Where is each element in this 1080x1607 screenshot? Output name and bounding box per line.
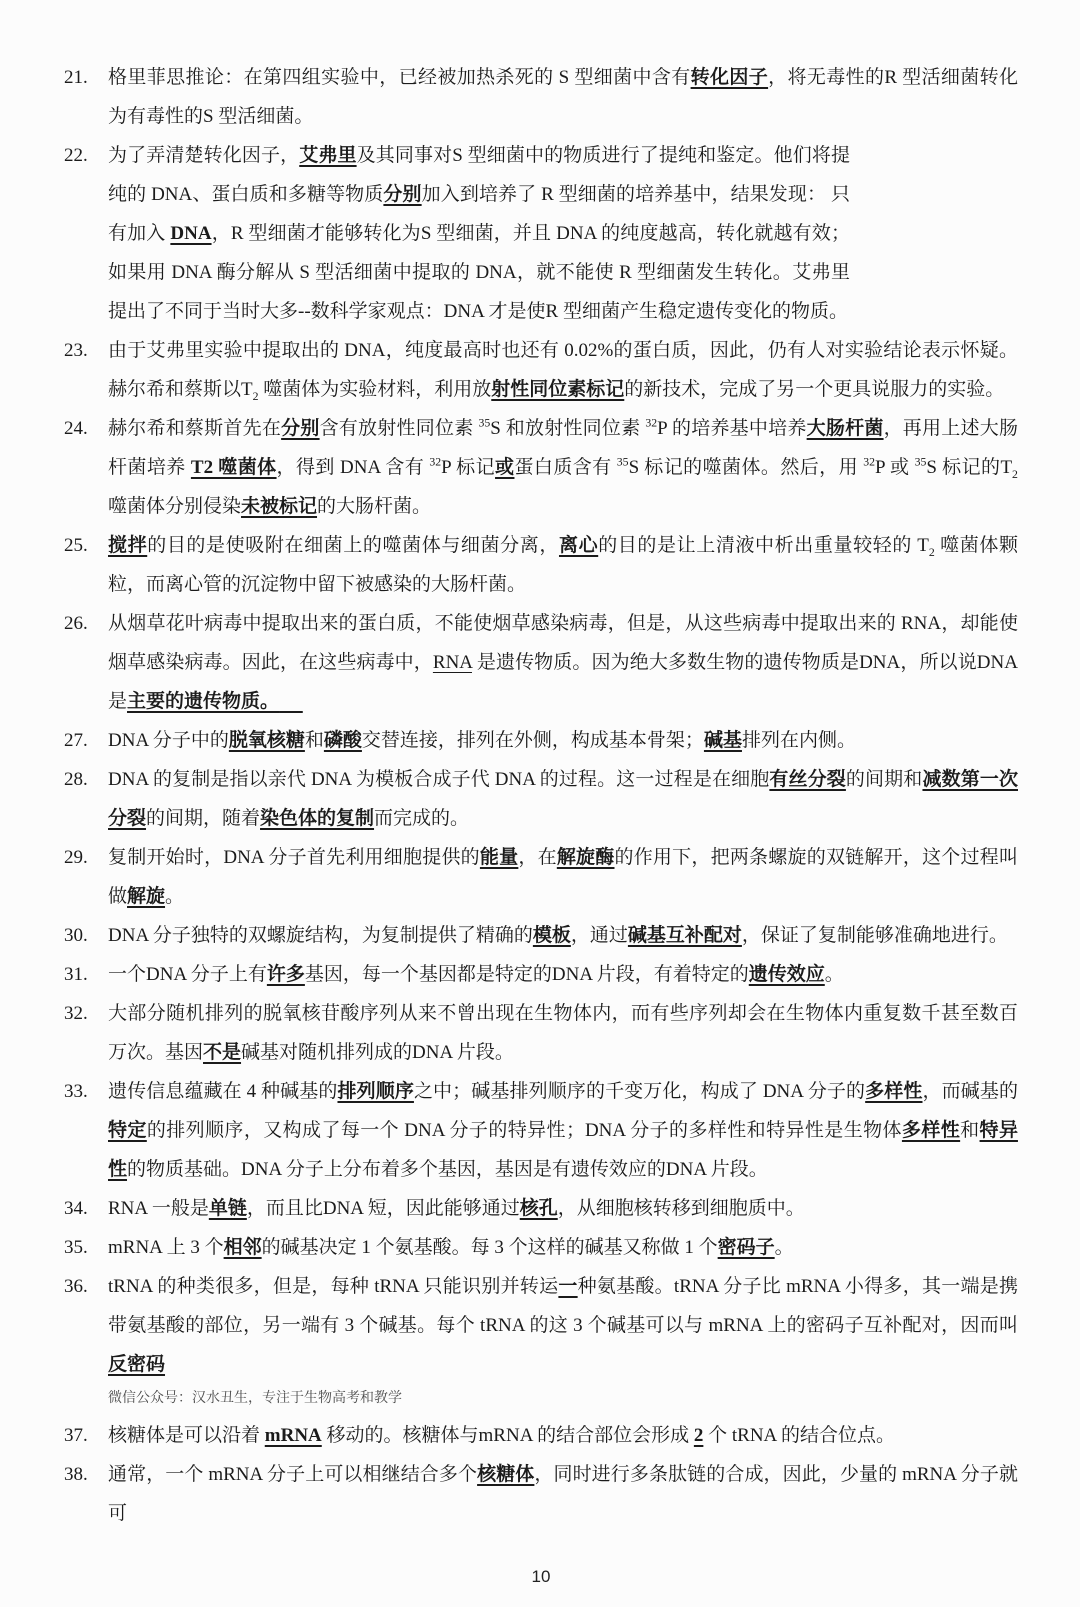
text-segment: 35 — [478, 417, 490, 430]
text-segment: 分别 — [383, 184, 421, 205]
item-number: 34. — [64, 1189, 108, 1228]
text-segment: 许多 — [267, 964, 305, 985]
item-text: 通常，一个 mRNA 分子上可以相继结合多个核糖体，同时进行多条肽链的合成，因此… — [108, 1455, 1018, 1533]
text-segment: 为了弄清楚转化因子， — [108, 145, 299, 166]
item-text: 一个DNA 分子上有许多基因，每一个基因都是特定的DNA 片段，有着特定的遗传效… — [108, 955, 1018, 994]
item-text: 格里菲思推论：在第四组实验中，已经被加热杀死的 S 型细菌中含有转化因子，将无毒… — [108, 58, 1018, 136]
text-segment: RNA 一般是 — [108, 1198, 209, 1219]
text-segment: 的物质基础。DNA 分子上分布着多个基因，基因是有遗传效应的DNA 片段。 — [127, 1159, 768, 1180]
text-segment: S 标记的噬菌体。然后，用 — [629, 457, 864, 478]
text-segment: RNA — [433, 652, 472, 673]
item-text: DNA 分子独特的双螺旋结构，为复制提供了精确的模板，通过碱基互补配对，保证了复… — [108, 916, 1018, 955]
text-segment — [279, 691, 303, 712]
text-segment: 格里菲思推论：在第四组实验中，已经被加热杀死的 S 型细菌中含有 — [108, 67, 691, 88]
text-segment: 的间期，随着 — [146, 808, 260, 829]
text-segment: 赫尔希和蔡斯首先在 — [108, 418, 281, 439]
text-segment: 复制开始时，DNA 分子首先利用细胞提供的 — [108, 847, 480, 868]
item-number: 23. — [64, 331, 108, 370]
text-segment: mRNA 上 3 个 — [108, 1237, 224, 1258]
item-number: 33. — [64, 1072, 108, 1111]
text-segment: 射性同位素标记 — [491, 379, 624, 400]
item-text: 搅拌的目的是使吸附在细菌上的噬菌体与细菌分离，离心的目的是让上清液中析出重量较轻… — [108, 526, 1018, 604]
item-number: 36. — [64, 1267, 108, 1306]
text-segment: P 的培养基中培养 — [657, 418, 806, 439]
text-segment: 的目的是使吸附在细菌上的噬菌体与细菌分离， — [147, 535, 559, 556]
item-number: 21. — [64, 58, 108, 97]
list-item: 37.核糖体是可以沿着 mRNA 移动的。核糖体与mRNA 的结合部位会形成 2… — [64, 1416, 1018, 1455]
text-segment: 的新技术，完成了另一个更具说服力的实验。 — [624, 379, 1004, 400]
item-number: 24. — [64, 409, 108, 448]
text-segment: 噬菌体分别侵染 — [108, 496, 241, 517]
text-segment: P 或 — [875, 457, 915, 478]
text-segment: 而完成的。 — [374, 808, 469, 829]
text-segment: 碱基 — [704, 730, 742, 751]
text-segment: S 和放射性同位素 — [490, 418, 645, 439]
text-segment: S 标记的T — [926, 457, 1012, 478]
text-segment: DNA 的复制是指以亲代 DNA 为模板合成子代 DNA 的过程。这一过程是在细… — [108, 769, 769, 790]
text-segment: 多样性 — [865, 1081, 922, 1102]
list-item: 21.格里菲思推论：在第四组实验中，已经被加热杀死的 S 型细菌中含有转化因子，… — [64, 58, 1018, 136]
item-number: 28. — [64, 760, 108, 799]
list-item: 35.mRNA 上 3 个相邻的碱基决定 1 个氨基酸。每 3 个这样的碱基又称… — [64, 1228, 1018, 1267]
list-item: 31.一个DNA 分子上有许多基因，每一个基因都是特定的DNA 片段，有着特定的… — [64, 955, 1018, 994]
text-segment: 不是 — [203, 1042, 241, 1063]
text-segment: ，得到 DNA 含有 — [277, 457, 430, 478]
list-item: 29.复制开始时，DNA 分子首先利用细胞提供的能量，在解旋酶的作用下，把两条螺… — [64, 838, 1018, 916]
text-segment: 离心 — [559, 535, 598, 556]
text-segment: 遗传效应 — [749, 964, 825, 985]
text-segment: 单链 — [209, 1198, 247, 1219]
text-segment: 的排列顺序，又构成了每一个 DNA 分子的特异性；DNA 分子的多样性和特异性是… — [147, 1120, 902, 1141]
text-segment: 染色体的复制 — [260, 808, 374, 829]
text-segment: 未被标记 — [241, 496, 317, 517]
text-segment: 遗传信息蕴藏在 4 种碱基的 — [108, 1081, 337, 1102]
list-item: 30.DNA 分子独特的双螺旋结构，为复制提供了精确的模板，通过碱基互补配对，保… — [64, 916, 1018, 955]
text-segment: ，通过 — [571, 925, 628, 946]
text-segment: 。 — [825, 964, 844, 985]
list-item: 25.搅拌的目的是使吸附在细菌上的噬菌体与细菌分离，离心的目的是让上清液中析出重… — [64, 526, 1018, 604]
item-text: tRNA 的种类很多，但是，每种 tRNA 只能识别并转运一种氨基酸。tRNA … — [108, 1267, 1018, 1384]
text-segment: 。 — [165, 886, 184, 907]
item-number: 26. — [64, 604, 108, 643]
text-segment: DNA — [170, 223, 211, 244]
text-segment: 脱氧核糖 — [229, 730, 305, 751]
list-item: 24.赫尔希和蔡斯首先在分别含有放射性同位素 35S 和放射性同位素 32P 的… — [64, 409, 1018, 526]
text-segment: ，保证了复制能够准确地进行。 — [742, 925, 1008, 946]
text-segment: 模板 — [533, 925, 571, 946]
list-item: 28.DNA 的复制是指以亲代 DNA 为模板合成子代 DNA 的过程。这一过程… — [64, 760, 1018, 838]
list-item: 38.通常，一个 mRNA 分子上可以相继结合多个核糖体，同时进行多条肽链的合成… — [64, 1455, 1018, 1533]
item-text: DNA 分子中的脱氧核糖和磷酸交替连接，排列在外侧，构成基本骨架；碱基排列在内侧… — [108, 721, 1018, 760]
text-segment: 特定 — [108, 1120, 147, 1141]
text-segment: 碱基互补配对 — [628, 925, 742, 946]
text-segment: 。 — [775, 1237, 794, 1258]
item-number: 31. — [64, 955, 108, 994]
item-number: 32. — [64, 994, 108, 1033]
item-number: 25. — [64, 526, 108, 565]
text-segment: DNA 分子中的 — [108, 730, 229, 751]
item-number: 27. — [64, 721, 108, 760]
text-segment: 和 — [960, 1120, 979, 1141]
text-segment: 或 — [495, 457, 514, 478]
text-segment: 蛋白质含有 — [514, 457, 616, 478]
item-number: 29. — [64, 838, 108, 877]
item-number: 38. — [64, 1455, 108, 1494]
text-segment: 解旋 — [127, 886, 165, 907]
item-text: 遗传信息蕴藏在 4 种碱基的排列顺序之中；碱基排列顺序的千变万化，构成了 DNA… — [108, 1072, 1018, 1189]
text-segment: 能量 — [480, 847, 518, 868]
text-segment: ，而且比DNA 短，因此能够通过 — [247, 1198, 520, 1219]
text-segment: 的大肠杆菌。 — [317, 496, 431, 517]
text-segment: 多样性 — [902, 1120, 960, 1141]
item-number: 22. — [64, 136, 108, 175]
item-text: 为了弄清楚转化因子，艾弗里及其同事对S 型细菌中的物质进行了提纯和鉴定。他们将提… — [108, 136, 850, 331]
text-segment: 有丝分裂 — [769, 769, 846, 790]
wechat-note: 微信公众号：汉水丑生，专注于生物高考和教学 — [64, 1386, 1018, 1412]
text-segment: ，而碱基的 — [923, 1081, 1018, 1102]
item-number: 35. — [64, 1228, 108, 1267]
text-segment: 密码子 — [718, 1237, 775, 1258]
item-text: 复制开始时，DNA 分子首先利用细胞提供的能量，在解旋酶的作用下，把两条螺旋的双… — [108, 838, 1018, 916]
item-text: RNA 一般是单链，而且比DNA 短，因此能够通过核孔，从细胞核转移到细胞质中。 — [108, 1189, 1018, 1228]
items-container: 21.格里菲思推论：在第四组实验中，已经被加热杀死的 S 型细菌中含有转化因子，… — [64, 58, 1018, 1533]
text-segment: 一个DNA 分子上有 — [108, 964, 267, 985]
text-segment: ，在 — [518, 847, 556, 868]
text-segment: 搅拌 — [108, 535, 147, 556]
item-text: DNA 的复制是指以亲代 DNA 为模板合成子代 DNA 的过程。这一过程是在细… — [108, 760, 1018, 838]
text-segment: 碱基对随机排列成的DNA 片段。 — [241, 1042, 514, 1063]
text-segment: 32 — [863, 456, 875, 469]
text-segment: mRNA — [265, 1425, 322, 1446]
text-segment: 的间期和 — [846, 769, 923, 790]
text-segment: 个 tRNA 的结合位点。 — [703, 1425, 895, 1446]
list-item: 34.RNA 一般是单链，而且比DNA 短，因此能够通过核孔，从细胞核转移到细胞… — [64, 1189, 1018, 1228]
page-number: 10 — [64, 1567, 1018, 1587]
document-page: 21.格里菲思推论：在第四组实验中，已经被加热杀死的 S 型细菌中含有转化因子，… — [0, 0, 1080, 1607]
text-segment: 交替连接，排列在外侧，构成基本骨架； — [362, 730, 704, 751]
item-text: mRNA 上 3 个相邻的碱基决定 1 个氨基酸。每 3 个这样的碱基又称做 1… — [108, 1228, 1018, 1267]
list-item: 36.tRNA 的种类很多，但是，每种 tRNA 只能识别并转运一种氨基酸。tR… — [64, 1267, 1018, 1384]
text-segment: 基因，每一个基因都是特定的DNA 片段，有着特定的 — [305, 964, 749, 985]
text-segment: 排列在内侧。 — [742, 730, 856, 751]
text-segment: T2 噬菌体 — [191, 457, 277, 478]
text-segment: 主要的遗传物质。 — [127, 691, 279, 712]
text-segment: 反密码 — [108, 1354, 165, 1375]
list-item: 27.DNA 分子中的脱氧核糖和磷酸交替连接，排列在外侧，构成基本骨架；碱基排列… — [64, 721, 1018, 760]
item-number: 37. — [64, 1416, 108, 1455]
text-segment: 之中；碱基排列顺序的千变万化，构成了 DNA 分子的 — [414, 1081, 865, 1102]
text-segment: 核糖体是可以沿着 — [108, 1425, 265, 1446]
text-segment: 和 — [305, 730, 324, 751]
text-segment: 核孔 — [520, 1198, 558, 1219]
text-segment: 的碱基决定 1 个氨基酸。每 3 个这样的碱基又称做 1 个 — [262, 1237, 718, 1258]
text-segment: 的目的是让上清液中析出重量较轻的 T — [598, 535, 929, 556]
item-text: 从烟草花叶病毒中提取出来的蛋白质，不能使烟草感染病毒，但是，从这些病毒中提取出来… — [108, 604, 1018, 721]
text-segment: 相邻 — [224, 1237, 262, 1258]
text-segment: P 标记 — [441, 457, 495, 478]
list-item: 22.为了弄清楚转化因子，艾弗里及其同事对S 型细菌中的物质进行了提纯和鉴定。他… — [64, 136, 1018, 331]
text-segment: 大肠杆菌 — [807, 418, 884, 439]
text-segment: tRNA 的种类很多，但是，每种 tRNA 只能识别并转运 — [108, 1276, 558, 1297]
text-segment: ，从细胞核转移到细胞质中。 — [558, 1198, 805, 1219]
text-segment: 32 — [429, 456, 441, 469]
list-item: 23.由于艾弗里实验中提取出的 DNA，纯度最高时也还有 0.02%的蛋白质，因… — [64, 331, 1018, 409]
list-item: 33.遗传信息蕴藏在 4 种碱基的排列顺序之中；碱基排列顺序的千变万化，构成了 … — [64, 1072, 1018, 1189]
text-segment: 35 — [915, 456, 927, 469]
text-segment: 艾弗里 — [299, 145, 356, 166]
text-segment: ，R 型细菌才能够转化为S 型细菌，并且 DNA 的纯度越高，转化就越有效； 如… — [108, 223, 850, 322]
text-segment: 转化因子 — [691, 67, 769, 88]
text-segment: 一 — [558, 1276, 577, 1297]
item-text: 大部分随机排列的脱氧核苷酸序列从来不曾出现在生物体内，而有些序列却会在生物体内重… — [108, 994, 1018, 1072]
text-segment: 2 — [1012, 468, 1018, 481]
text-segment: 磷酸 — [324, 730, 362, 751]
text-segment: 通常，一个 mRNA 分子上可以相继结合多个 — [108, 1464, 477, 1485]
text-segment: 噬菌体为实验材料，利用放 — [259, 379, 492, 400]
item-text: 由于艾弗里实验中提取出的 DNA，纯度最高时也还有 0.02%的蛋白质，因此，仍… — [108, 331, 1018, 409]
text-segment: 32 — [645, 417, 657, 430]
list-item: 32.大部分随机排列的脱氧核苷酸序列从来不曾出现在生物体内，而有些序列却会在生物… — [64, 994, 1018, 1072]
item-text: 赫尔希和蔡斯首先在分别含有放射性同位素 35S 和放射性同位素 32P 的培养基… — [108, 409, 1018, 526]
item-text: 核糖体是可以沿着 mRNA 移动的。核糖体与mRNA 的结合部位会形成 2 个 … — [108, 1416, 1018, 1455]
text-segment: 2 — [694, 1425, 704, 1446]
text-segment: 移动的。核糖体与mRNA 的结合部位会形成 — [322, 1425, 694, 1446]
text-segment: 35 — [617, 456, 629, 469]
text-segment: 排列顺序 — [337, 1081, 413, 1102]
item-number: 30. — [64, 916, 108, 955]
text-segment: 核糖体 — [477, 1464, 534, 1485]
text-segment: 含有放射性同位素 — [320, 418, 479, 439]
text-segment: 解旋酶 — [557, 847, 615, 868]
text-segment: 分别 — [281, 418, 319, 439]
list-item: 26.从烟草花叶病毒中提取出来的蛋白质，不能使烟草感染病毒，但是，从这些病毒中提… — [64, 604, 1018, 721]
text-segment: DNA 分子独特的双螺旋结构，为复制提供了精确的 — [108, 925, 533, 946]
